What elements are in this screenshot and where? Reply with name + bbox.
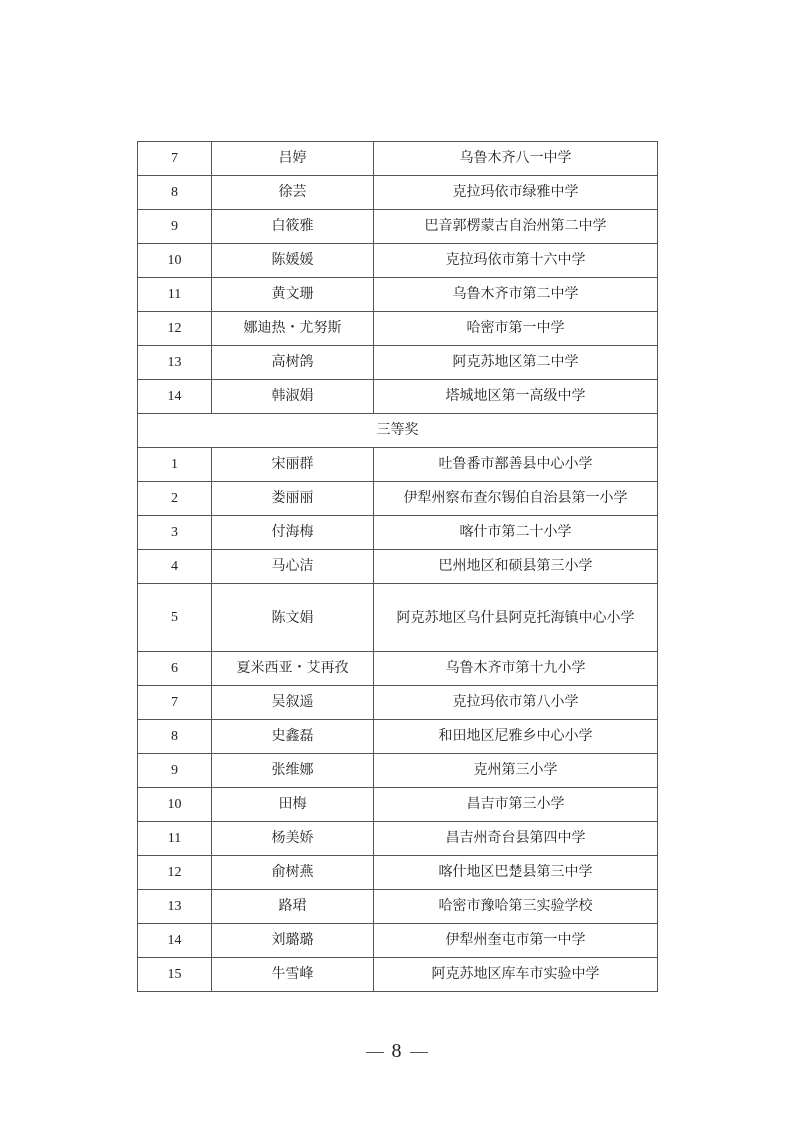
winner-name: 陈文娟 bbox=[212, 584, 374, 652]
school-name: 克拉玛依市第八小学 bbox=[374, 686, 658, 720]
row-number: 5 bbox=[138, 584, 212, 652]
row-number: 13 bbox=[138, 346, 212, 380]
school-name: 喀什市第二十小学 bbox=[374, 516, 658, 550]
winner-name: 付海梅 bbox=[212, 516, 374, 550]
table-row: 14刘璐璐伊犁州奎屯市第一中学 bbox=[138, 924, 658, 958]
table-row: 11杨美娇昌吉州奇台县第四中学 bbox=[138, 822, 658, 856]
school-name: 阿克苏地区库车市实验中学 bbox=[374, 958, 658, 992]
row-number: 12 bbox=[138, 856, 212, 890]
table-row: 12娜迪热・尤努斯哈密市第一中学 bbox=[138, 312, 658, 346]
table-row: 7吕婷乌鲁木齐八一中学 bbox=[138, 142, 658, 176]
row-number: 8 bbox=[138, 720, 212, 754]
winner-name: 史鑫磊 bbox=[212, 720, 374, 754]
winner-name: 马心洁 bbox=[212, 550, 374, 584]
school-name: 伊犁州奎屯市第一中学 bbox=[374, 924, 658, 958]
row-number: 1 bbox=[138, 448, 212, 482]
school-name: 阿克苏地区乌什县阿克托海镇中心小学 bbox=[374, 584, 658, 652]
winner-name: 田梅 bbox=[212, 788, 374, 822]
table-row: 6夏米西亚・艾再孜乌鲁木齐市第十九小学 bbox=[138, 652, 658, 686]
table-row: 11黄文珊乌鲁木齐市第二中学 bbox=[138, 278, 658, 312]
table-row: 14韩淑娟塔城地区第一高级中学 bbox=[138, 380, 658, 414]
row-number: 9 bbox=[138, 210, 212, 244]
school-name: 昌吉市第三小学 bbox=[374, 788, 658, 822]
winner-name: 宋丽群 bbox=[212, 448, 374, 482]
section-title-third-prize: 三等奖 bbox=[138, 414, 658, 448]
row-number: 11 bbox=[138, 278, 212, 312]
row-number: 6 bbox=[138, 652, 212, 686]
table-row: 9张维娜克州第三小学 bbox=[138, 754, 658, 788]
winner-name: 路珺 bbox=[212, 890, 374, 924]
row-number: 2 bbox=[138, 482, 212, 516]
table-row: 7吴叙遥克拉玛依市第八小学 bbox=[138, 686, 658, 720]
page-footer: 8 bbox=[0, 1040, 793, 1063]
table-row: 9白筱雅巴音郭楞蒙古自治州第二中学 bbox=[138, 210, 658, 244]
winner-name: 陈媛媛 bbox=[212, 244, 374, 278]
table-row: 4马心洁巴州地区和硕县第三小学 bbox=[138, 550, 658, 584]
winner-name: 韩淑娟 bbox=[212, 380, 374, 414]
row-number: 3 bbox=[138, 516, 212, 550]
section-header-row: 三等奖 bbox=[138, 414, 658, 448]
row-number: 12 bbox=[138, 312, 212, 346]
row-number: 14 bbox=[138, 380, 212, 414]
footer-dash-left bbox=[366, 1052, 384, 1053]
winner-name: 白筱雅 bbox=[212, 210, 374, 244]
row-number: 8 bbox=[138, 176, 212, 210]
table-row: 10田梅昌吉市第三小学 bbox=[138, 788, 658, 822]
row-number: 15 bbox=[138, 958, 212, 992]
document-page: 7吕婷乌鲁木齐八一中学 8徐芸克拉玛依市绿雅中学 9白筱雅巴音郭楞蒙古自治州第二… bbox=[0, 0, 793, 1122]
row-number: 10 bbox=[138, 244, 212, 278]
school-name: 伊犁州察布查尔锡伯自治县第一小学 bbox=[374, 482, 658, 516]
winner-name: 张维娜 bbox=[212, 754, 374, 788]
winner-name: 俞树燕 bbox=[212, 856, 374, 890]
winner-name: 高树鸽 bbox=[212, 346, 374, 380]
school-name: 阿克苏地区第二中学 bbox=[374, 346, 658, 380]
winner-name: 娄丽丽 bbox=[212, 482, 374, 516]
table-row: 8徐芸克拉玛依市绿雅中学 bbox=[138, 176, 658, 210]
row-number: 9 bbox=[138, 754, 212, 788]
winner-name: 娜迪热・尤努斯 bbox=[212, 312, 374, 346]
school-name: 塔城地区第一高级中学 bbox=[374, 380, 658, 414]
table-row: 5陈文娟阿克苏地区乌什县阿克托海镇中心小学 bbox=[138, 584, 658, 652]
row-number: 7 bbox=[138, 142, 212, 176]
school-name: 乌鲁木齐市第二中学 bbox=[374, 278, 658, 312]
table-row: 2娄丽丽伊犁州察布查尔锡伯自治县第一小学 bbox=[138, 482, 658, 516]
school-name: 乌鲁木齐市第十九小学 bbox=[374, 652, 658, 686]
table-row: 3付海梅喀什市第二十小学 bbox=[138, 516, 658, 550]
row-number: 7 bbox=[138, 686, 212, 720]
winner-name: 吕婷 bbox=[212, 142, 374, 176]
school-name: 巴音郭楞蒙古自治州第二中学 bbox=[374, 210, 658, 244]
school-name: 哈密市第一中学 bbox=[374, 312, 658, 346]
winner-name: 夏米西亚・艾再孜 bbox=[212, 652, 374, 686]
winner-name: 吴叙遥 bbox=[212, 686, 374, 720]
school-name: 乌鲁木齐八一中学 bbox=[374, 142, 658, 176]
row-number: 4 bbox=[138, 550, 212, 584]
school-name: 喀什地区巴楚县第三中学 bbox=[374, 856, 658, 890]
winner-name: 牛雪峰 bbox=[212, 958, 374, 992]
table-row: 8史鑫磊和田地区尼雅乡中心小学 bbox=[138, 720, 658, 754]
table-row: 13路珺哈密市豫哈第三实验学校 bbox=[138, 890, 658, 924]
row-number: 13 bbox=[138, 890, 212, 924]
school-name: 克拉玛依市绿雅中学 bbox=[374, 176, 658, 210]
winner-name: 黄文珊 bbox=[212, 278, 374, 312]
school-name: 吐鲁番市鄯善县中心小学 bbox=[374, 448, 658, 482]
row-number: 10 bbox=[138, 788, 212, 822]
footer-dash-right bbox=[410, 1052, 428, 1053]
table-row: 15牛雪峰阿克苏地区库车市实验中学 bbox=[138, 958, 658, 992]
table-row: 12俞树燕喀什地区巴楚县第三中学 bbox=[138, 856, 658, 890]
school-name: 克州第三小学 bbox=[374, 754, 658, 788]
school-name: 哈密市豫哈第三实验学校 bbox=[374, 890, 658, 924]
school-name: 克拉玛依市第十六中学 bbox=[374, 244, 658, 278]
winner-name: 杨美娇 bbox=[212, 822, 374, 856]
school-name: 巴州地区和硕县第三小学 bbox=[374, 550, 658, 584]
row-number: 14 bbox=[138, 924, 212, 958]
table-row: 10陈媛媛克拉玛依市第十六中学 bbox=[138, 244, 658, 278]
table-row: 1宋丽群吐鲁番市鄯善县中心小学 bbox=[138, 448, 658, 482]
award-table: 7吕婷乌鲁木齐八一中学 8徐芸克拉玛依市绿雅中学 9白筱雅巴音郭楞蒙古自治州第二… bbox=[137, 141, 658, 992]
winner-name: 徐芸 bbox=[212, 176, 374, 210]
school-name: 昌吉州奇台县第四中学 bbox=[374, 822, 658, 856]
page-number: 8 bbox=[392, 1040, 402, 1062]
school-name: 和田地区尼雅乡中心小学 bbox=[374, 720, 658, 754]
row-number: 11 bbox=[138, 822, 212, 856]
table-row: 13高树鸽阿克苏地区第二中学 bbox=[138, 346, 658, 380]
winner-name: 刘璐璐 bbox=[212, 924, 374, 958]
